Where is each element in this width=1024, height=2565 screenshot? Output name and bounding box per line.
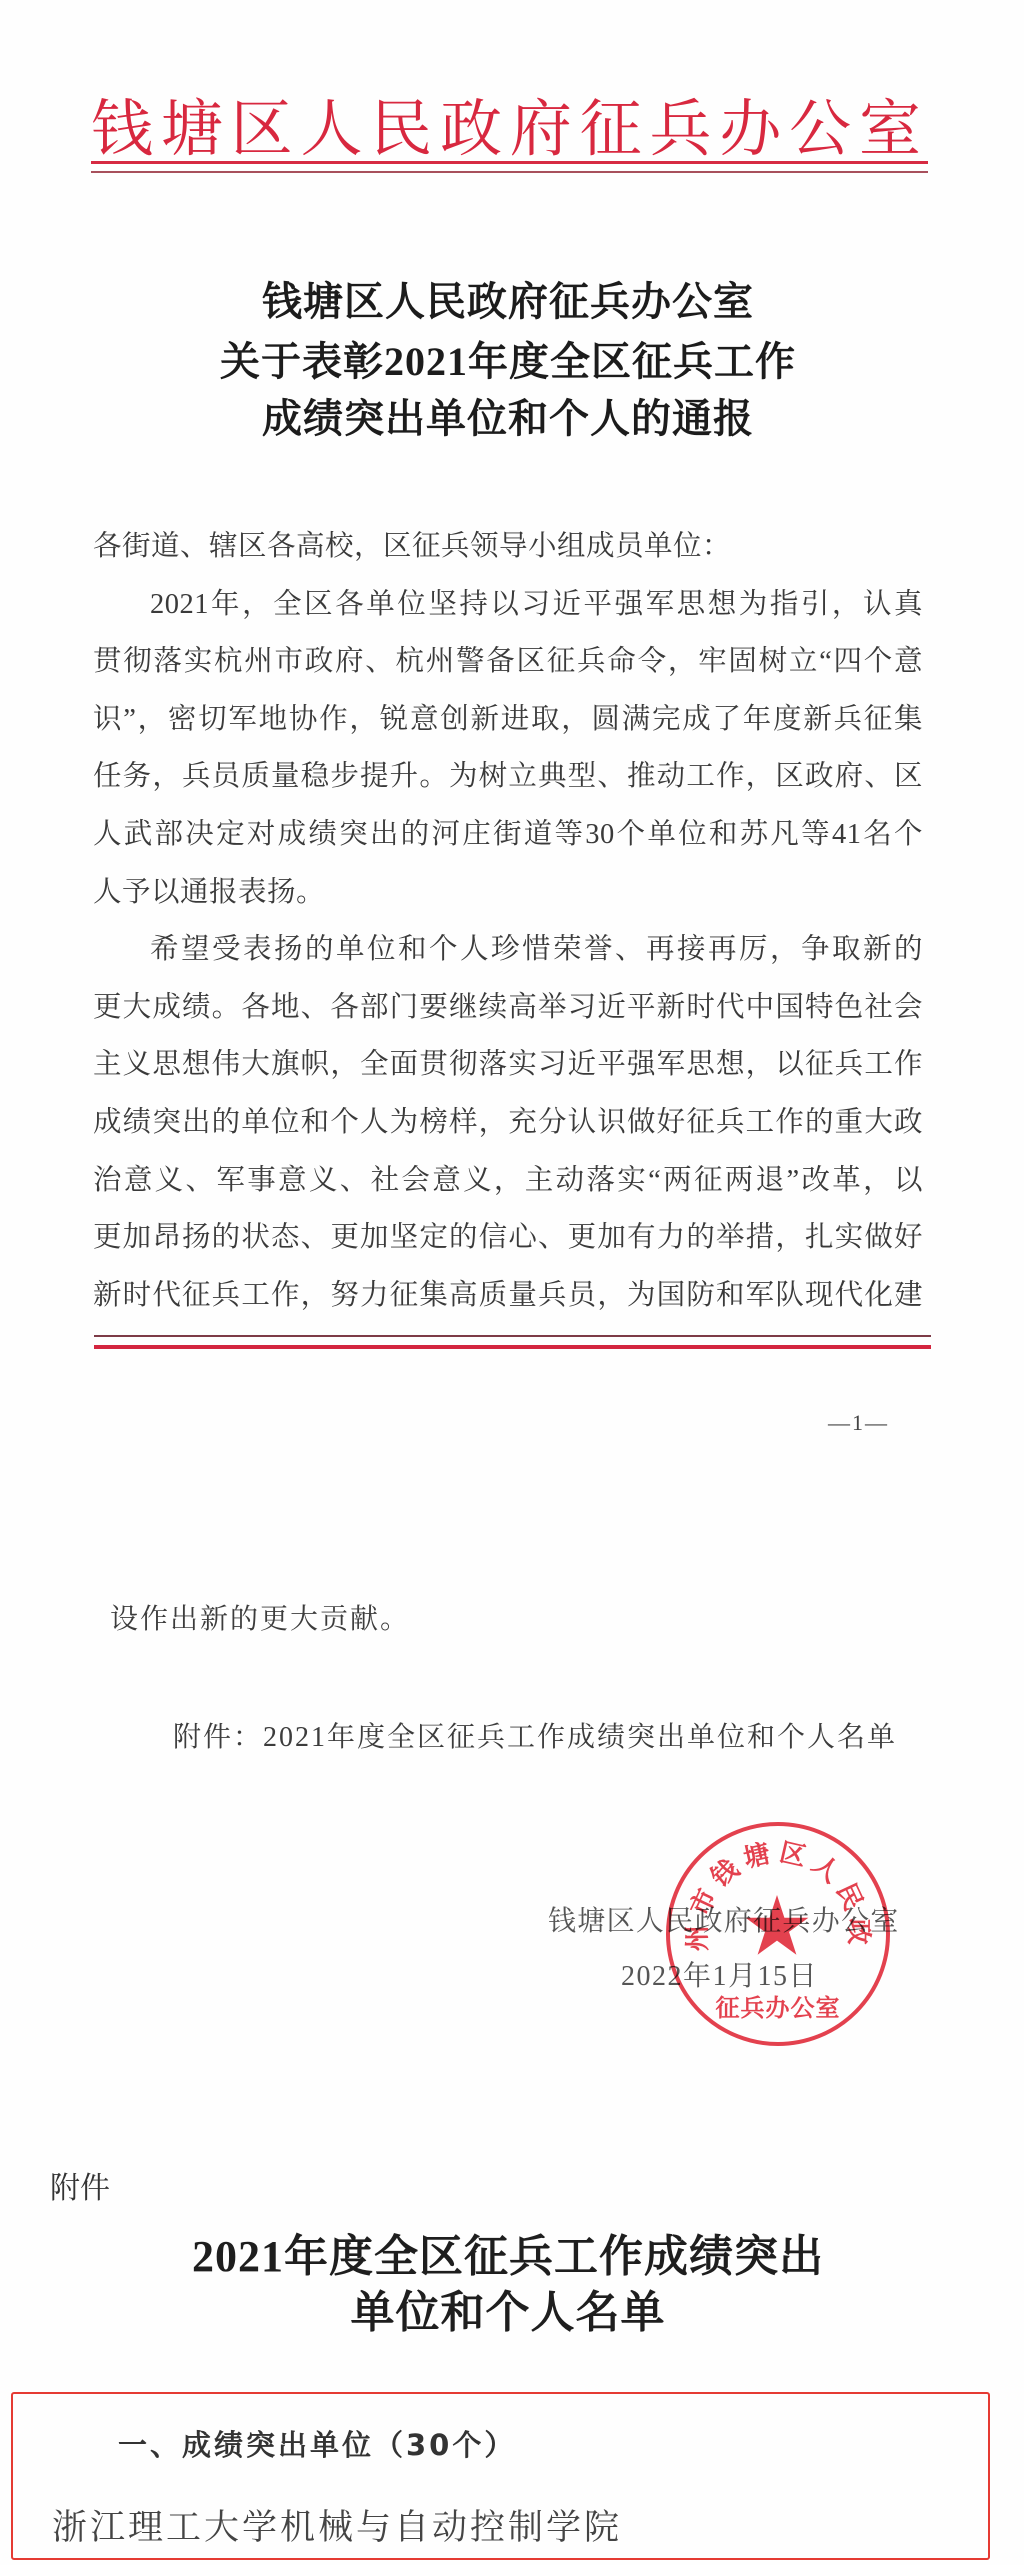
attachment-label: 附件 [50, 2173, 110, 2205]
letterhead-rule-thick [91, 161, 928, 164]
body-line: 主义思想伟大旗帜，全面贯彻落实习近平强军思想，以征兵工作 [93, 1036, 923, 1094]
letterhead-title: 钱塘区人民政府征兵办公室 [91, 97, 921, 161]
notice-title-line-3: 成绩突出单位和个人的通报 [93, 397, 923, 441]
body-line: 希望受表扬的单位和个人珍惜荣誉、再接再厉，争取新的 [93, 921, 923, 979]
document-page: 钱塘区人民政府征兵办公室 钱塘区人民政府征兵办公室 关于表彰2021年度全区征兵… [0, 0, 1024, 2565]
footer-rule-thin [94, 1335, 931, 1337]
body-line: 更大成绩。各地、各部门要继续高举习近平新时代中国特色社会 [93, 979, 923, 1037]
footer-rule-thick [94, 1345, 931, 1349]
body-line: 更加昂扬的状态、更加坚定的信心、更加有力的举措，扎实做好 [93, 1209, 923, 1267]
body-continuation: 设作出新的更大贡献。 [110, 1605, 410, 1635]
seal-bottom-text: 征兵办公室 [716, 1994, 841, 2022]
body-line: 贯彻落实杭州市政府、杭州警备区征兵命令，牢固树立“四个意 [93, 633, 923, 691]
notice-title-line-2: 关于表彰2021年度全区征兵工作 [93, 340, 923, 384]
body-line: 任务，兵员质量稳步提升。为树立典型、推动工作，区政府、区 [93, 748, 923, 806]
star-icon [746, 1895, 809, 1955]
body-line: 新时代征兵工作，努力征集高质量兵员，为国防和军队现代化建 [93, 1267, 923, 1325]
list-item: 浙江理工大学机械与自动控制学院 [52, 2509, 622, 2547]
section-heading: 一、成绩突出单位（30个） [118, 2429, 516, 2461]
page-number: —1— [828, 1410, 889, 1436]
attachment-title-line-1: 2021年度全区征兵工作成绩突出 [93, 2233, 923, 2281]
body-line: 2021年，全区各单位坚持以习近平强军思想为指引，认真 [93, 576, 923, 634]
salutation: 各街道、辖区各高校，区征兵领导小组成员单位： [93, 518, 923, 576]
body-line: 人予以通报表扬。 [93, 864, 923, 922]
attachment-note: 附件：2021年度全区征兵工作成绩突出单位和个人名单 [173, 1723, 897, 1753]
official-seal: 杭州市钱塘区人民政府 征兵办公室 [660, 1816, 896, 2052]
body-line: 识”，密切军地协作，锐意创新进取，圆满完成了年度新兵征集 [93, 691, 923, 749]
body-line: 成绩突出的单位和个人为榜样，充分认识做好征兵工作的重大政 [93, 1094, 923, 1152]
notice-body: 各街道、辖区各高校，区征兵领导小组成员单位： 2021年，全区各单位坚持以习近平… [93, 518, 923, 1324]
attachment-title-line-2: 单位和个人名单 [93, 2289, 923, 2337]
notice-title-line-1: 钱塘区人民政府征兵办公室 [93, 280, 923, 324]
letterhead-rule-thin [91, 171, 928, 173]
body-line: 治意义、军事意义、社会意义，主动落实“两征两退”改革，以 [93, 1152, 923, 1210]
body-line: 人武部决定对成绩突出的河庄街道等30个单位和苏凡等41名个 [93, 806, 923, 864]
